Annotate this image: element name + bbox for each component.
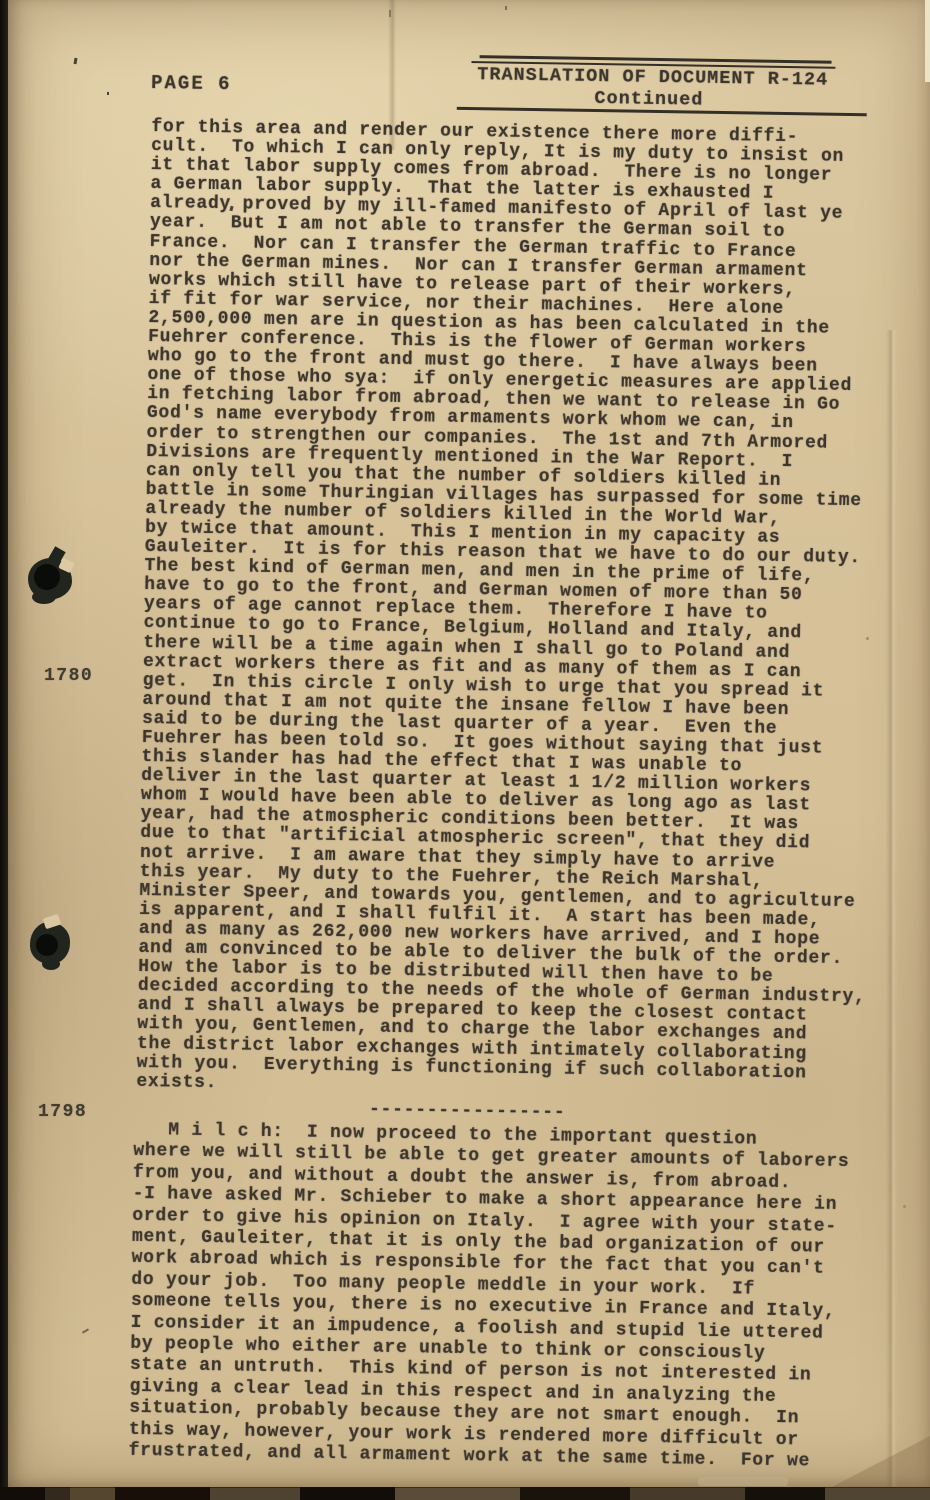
translation-stamp: TRANSLATION OF DOCUMENT R-124 Continued (472, 55, 862, 61)
blob-core (34, 564, 60, 590)
blob-lobe (42, 958, 60, 970)
paper-sheet: PAGE 6 TRANSLATION OF DOCUMENT R-124 Con… (8, 0, 930, 1488)
hole-punch-ink-blob-bottom (28, 914, 76, 970)
blob-core (36, 934, 58, 956)
typed-content: PAGE 6 TRANSLATION OF DOCUMENT R-124 Con… (0, 0, 930, 1500)
scan-edge-bottom (0, 1487, 930, 1500)
margin-number-1798: 1798 (38, 1102, 87, 1122)
body-paragraph-speer: for this area and render our existence t… (136, 118, 879, 1103)
body-paragraph-milch: M i l c h: I now proceed to the importan… (128, 1120, 850, 1474)
hole-punch-ink-blob-top (24, 546, 78, 606)
scan-corner-sliver (925, 0, 930, 82)
blob-lobe (32, 590, 56, 604)
page-number-label: PAGE 6 (151, 72, 232, 95)
margin-number-1780: 1780 (44, 666, 93, 686)
separator-dashes: ----------------- (369, 1100, 566, 1123)
